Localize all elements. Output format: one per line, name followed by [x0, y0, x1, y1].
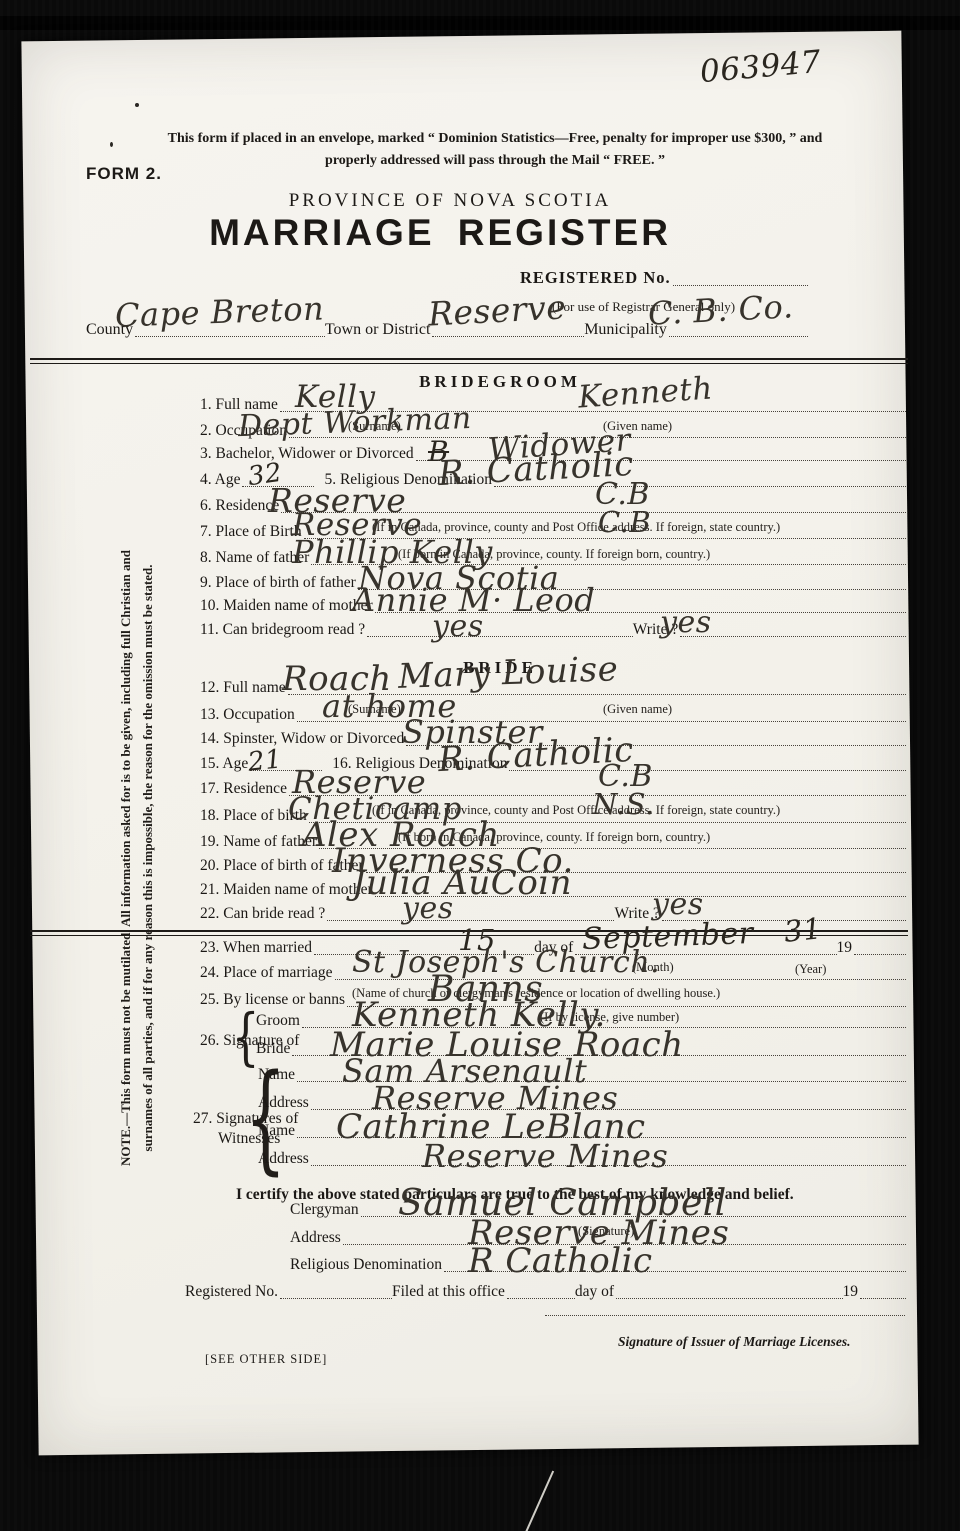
county-value-handwriting: Cape Breton: [115, 292, 325, 331]
clergyman-religion-label: Religious Denomination: [290, 1257, 444, 1275]
place-of-marriage-label: 24. Place of marriage: [200, 965, 335, 983]
town-district-blank: [432, 335, 584, 337]
br-read-handwriting: yes: [402, 894, 454, 924]
bridegroom-heading: BRIDEGROOM: [150, 372, 850, 392]
bg-write-blank: [680, 635, 906, 637]
witness2-address-label: Address: [258, 1151, 311, 1169]
bg-read-label: 11. Can bridegroom read ?: [200, 622, 367, 640]
mailing-notice-line1: This form if placed in an envelope, mark…: [105, 128, 885, 150]
br-residence-label: 17. Residence: [200, 781, 289, 799]
br-mother-handwriting: Julia AuCoin: [352, 866, 572, 900]
clergyman-label: Clergyman: [290, 1202, 361, 1220]
marriage-year-handwriting: 31: [783, 914, 824, 947]
scratch-mark: [524, 1471, 554, 1531]
clergyman-religion-handwriting: R Catholic: [468, 1244, 653, 1278]
registered-no-blank: [673, 284, 808, 286]
filing-registered-no-label: Registered No.: [185, 1284, 280, 1302]
filing-year-blank: [860, 1297, 906, 1299]
license-or-banns-label: 25. By license or banns: [200, 992, 347, 1010]
year-prefix: 19: [837, 940, 855, 958]
bg-status-label: 3. Bachelor, Widower or Divorced: [200, 446, 416, 464]
side-note-line2: surnames of all parties, and if for any …: [137, 528, 159, 1188]
town-district-label: Town or District: [325, 322, 433, 340]
scanner-edge-shadow: [0, 16, 960, 30]
county-blank: [135, 335, 325, 337]
br-age-handwriting: 21: [247, 746, 284, 775]
side-note-line1: NOTE.—This form must not be mutilated. A…: [115, 528, 137, 1188]
witness2-name-label: Name: [258, 1123, 297, 1141]
filing-registered-no-blank: [280, 1297, 392, 1299]
town-district-value-handwriting: Reserve: [427, 290, 567, 330]
issuer-signature-sublabel: Signature of Issuer of Marriage Licenses…: [618, 1334, 851, 1350]
clergyman-address-label: Address: [290, 1230, 343, 1248]
br-full-name-label: 12. Full name: [200, 680, 288, 698]
see-other-side-note: [SEE OTHER SIDE]: [205, 1352, 327, 1367]
municipality-blank: [669, 335, 808, 337]
bg-birthplace-label: 7. Place of Birth: [200, 524, 304, 542]
page-title: MARRIAGE REGISTER: [110, 212, 770, 254]
bg-write-handwriting: yes: [660, 608, 712, 638]
bg-father-birthplace-label: 9. Place of birth of father: [200, 575, 358, 593]
ink-speck: [135, 103, 139, 107]
side-note: NOTE.—This form must not be mutilated. A…: [115, 528, 159, 1188]
br-age-label: 15. Age: [200, 756, 250, 774]
bg-birthplace-province-handwriting: C.B: [598, 508, 651, 537]
filing-year-prefix: 19: [843, 1284, 861, 1302]
witness1-address-label: Address: [258, 1095, 311, 1113]
br-birthplace-province-handwriting: N.S.: [592, 790, 655, 819]
registered-no-label: REGISTERED No.: [520, 270, 673, 289]
bg-mother-label: 10. Maiden name of mother: [200, 598, 375, 616]
bg-read-blank: [367, 635, 633, 637]
bg-age-label: 4. Age: [200, 472, 242, 490]
br-read-label: 22. Can bride read ?: [200, 906, 327, 924]
groom-signature-label: Groom: [256, 1013, 302, 1031]
bg-read-handwriting: yes: [432, 612, 484, 642]
br-mother-label: 21. Maiden name of mother: [200, 882, 375, 900]
br-write-handwriting: yes: [652, 890, 704, 920]
year-blank: [854, 953, 906, 955]
issuer-signature-blank: [545, 1314, 905, 1316]
province-heading: PROVINCE OF NOVA SCOTIA: [130, 190, 770, 212]
br-status-label: 14. Spinster, Widow or Divorced: [200, 731, 406, 749]
mailing-notice: This form if placed in an envelope, mark…: [105, 128, 885, 171]
filed-at-office-label: Filed at this office: [392, 1284, 507, 1302]
filing-day-of-label: day of: [575, 1284, 616, 1302]
mailing-notice-line2: properly addressed will pass through the…: [105, 150, 885, 172]
bg-given-name-handwriting: Kenneth: [577, 373, 714, 413]
form-number-label: FORM 2.: [86, 164, 162, 184]
filed-at-office-blank: [507, 1297, 575, 1299]
scanned-marriage-register: 063947 This form if placed in an envelop…: [0, 0, 960, 1531]
witness2-address-handwriting: Reserve Mines: [422, 1140, 668, 1172]
when-married-label: 23. When married: [200, 940, 314, 958]
municipality-value-handwriting: C. B. Co.: [647, 290, 794, 330]
filing-day-blank: [616, 1297, 842, 1299]
witness1-name-label: Name: [258, 1067, 297, 1085]
section-divider-rule: [30, 358, 908, 364]
br-occupation-label: 13. Occupation: [200, 707, 297, 725]
br-read-blank: [327, 919, 614, 921]
